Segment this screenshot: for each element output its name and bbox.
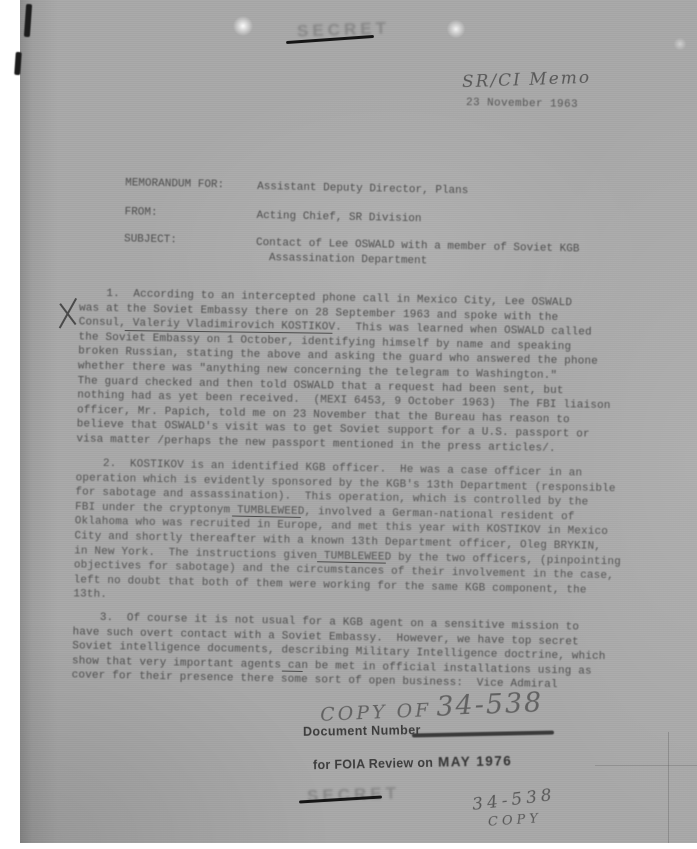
document-date: 23 November 1963 [466, 97, 578, 111]
scan-edge-mark [14, 52, 22, 75]
memo-for-value: Assistant Deputy Director, Plans [257, 180, 468, 199]
paper-crease [595, 765, 697, 766]
handwritten-file-number: 34-538 [471, 785, 557, 815]
foia-review-stamp: for FOIA Review on [313, 756, 434, 773]
subject-row: SUBJECT:Contact of Lee OSWALD with a mem… [84, 221, 580, 284]
memo-for-label: MEMORANDUM FOR: [125, 177, 257, 192]
subject-value: Contact of Lee OSWALD with a member of S… [256, 236, 580, 272]
handwritten-copy-label: COPY [488, 811, 543, 830]
memo-body: MEMORANDUM FOR:Assistant Deputy Director… [60, 160, 660, 172]
document-number-blank-line [412, 731, 554, 738]
copy-of-number: 34-538 [436, 687, 544, 723]
document-number-stamp: Document Number [303, 723, 421, 739]
scan-edge-mark [24, 4, 32, 37]
handwritten-routing-note: SR/CI Memo [462, 68, 592, 92]
classification-stamp-bottom: SECRET [307, 783, 401, 806]
paper-crease [668, 732, 669, 843]
paragraph-1: 1. According to an intercepted phone cal… [76, 286, 612, 457]
scanned-page: SECRET SECRET SR/CI Memo 23 November 196… [20, 0, 697, 843]
handwritten-copy-of-number: COPY OF 34-538 [319, 687, 543, 728]
subject-label: SUBJECT: [124, 233, 256, 248]
foia-review-date-stamp: MAY 1976 [438, 753, 513, 769]
from-label: FROM: [124, 206, 256, 221]
paragraph-2: 2. KOSTIKOV is an identified KGB officer… [73, 456, 623, 613]
margin-check-mark [55, 298, 82, 329]
paragraph-3: 3. Of course it is not usual for a KGB a… [71, 610, 606, 694]
copy-of-text: COPY OF [320, 699, 432, 726]
